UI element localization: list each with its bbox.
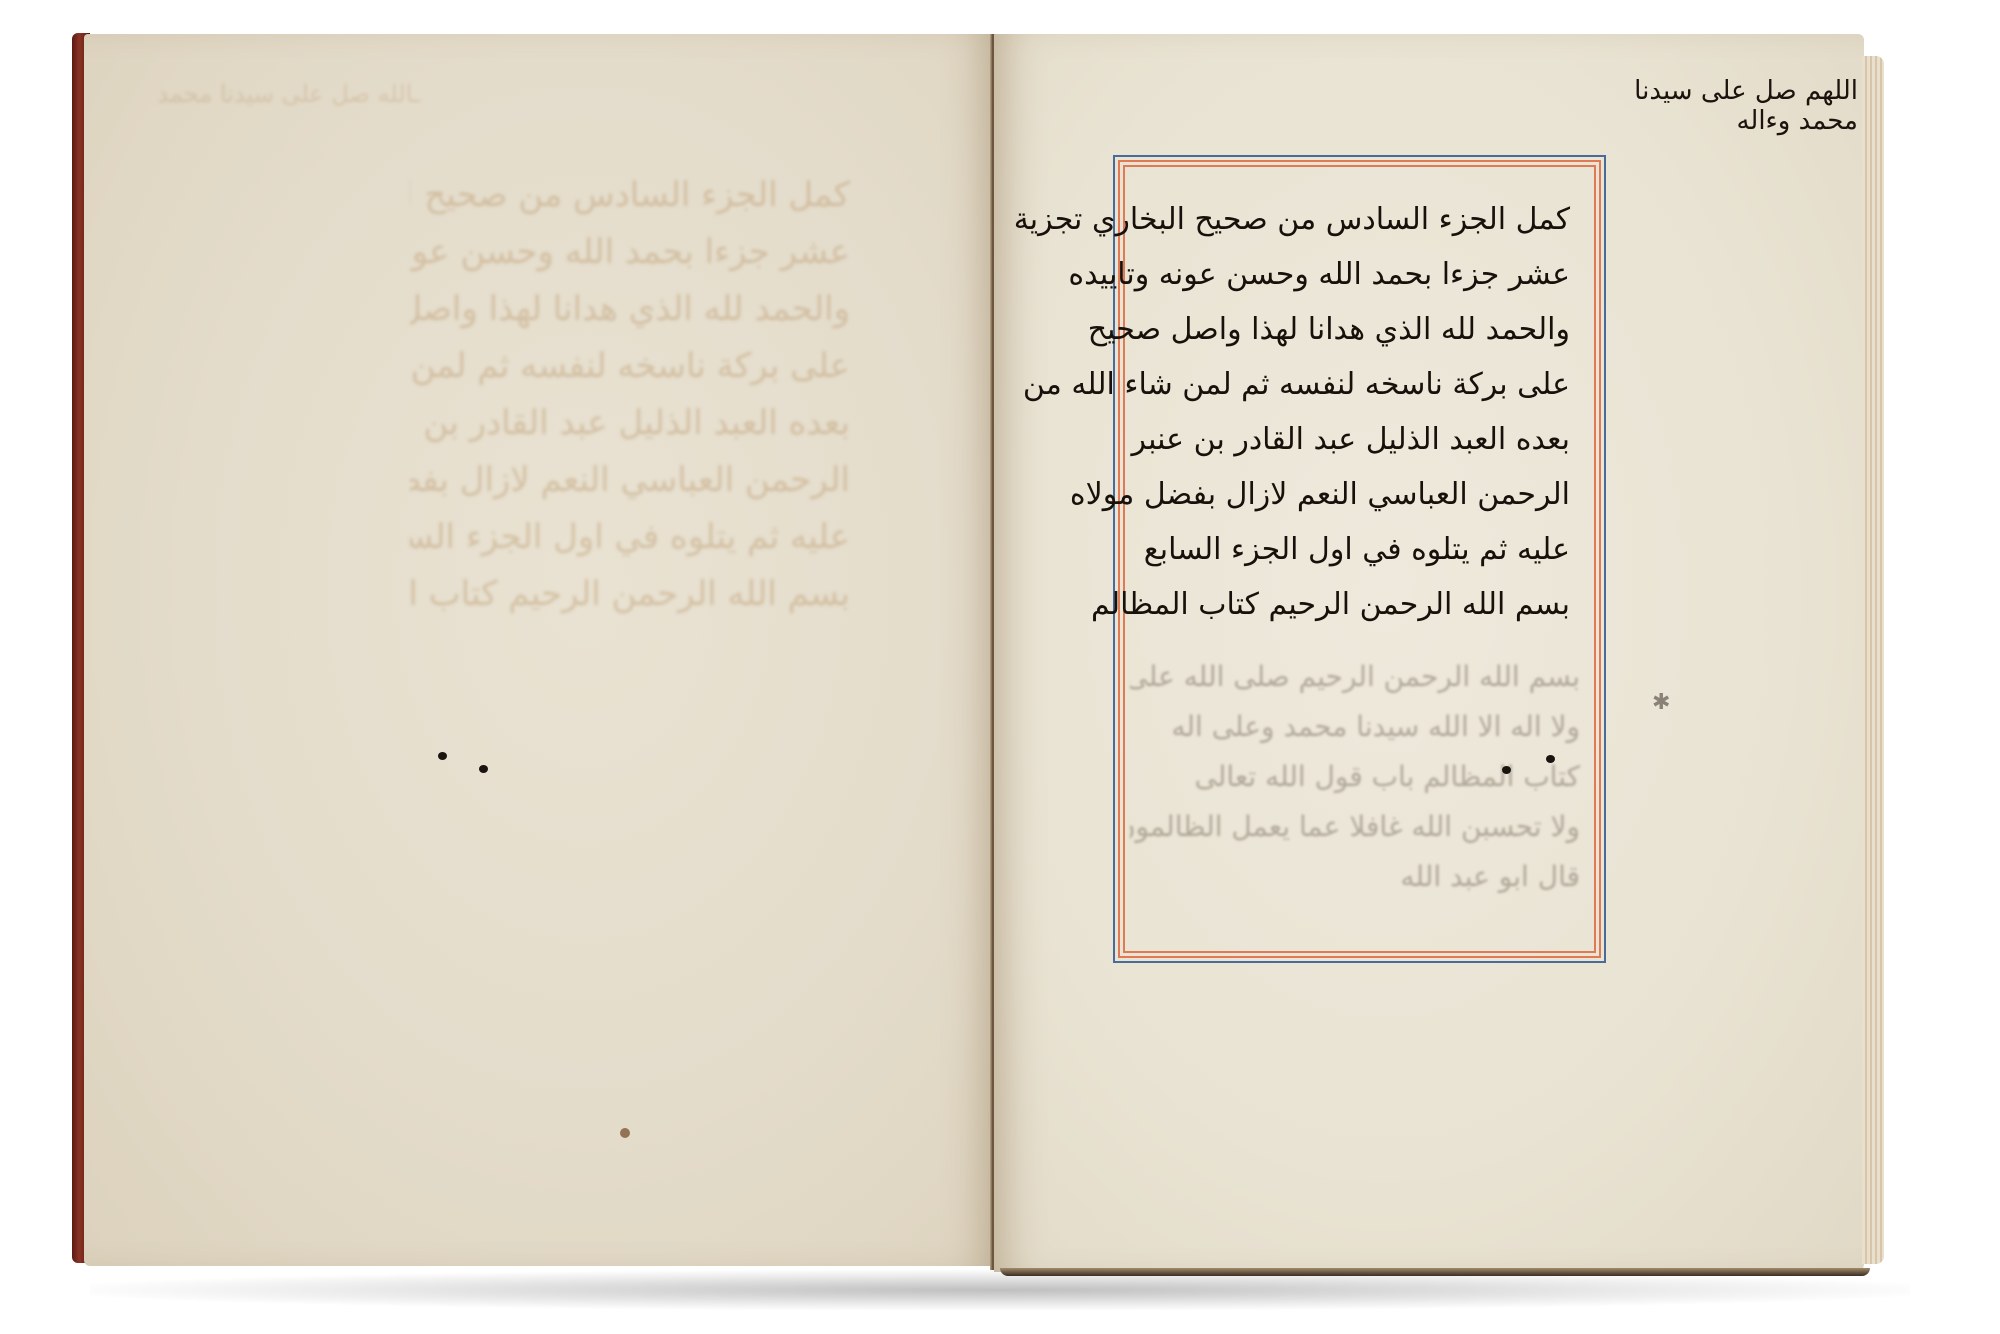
manuscript-photo: ـالله صل على سيدنا محمد كمل الجزء السادس… [0, 0, 2000, 1334]
colophon-line: الرحمن العباسي النعم لازال بفضل مولاه [1150, 467, 1570, 522]
colophon-line: والحمد لله الذي هدانا لهذا واصل صحيح [1150, 302, 1570, 357]
colophon-line: بسم الله الرحمن الرحيم كتاب المظالم [1150, 577, 1570, 632]
small-insect-mark: ✱ [1652, 690, 1670, 715]
colophon-line: عليه ثم يتلوه في اول الجزء السابع [1150, 522, 1570, 577]
bleed-line: عشر جزءا بحمد الله وحسن عونه وتاييده [410, 235, 850, 292]
colophon-line: على بركة ناسخه لنفسه ثم لمن شاء الله من [1150, 357, 1570, 412]
bleed-line: والحمد لله الذي هدانا لهذا واصل صحيح [410, 292, 850, 349]
left-page-bleed-header: ـالله صل على سيدنا محمد [140, 82, 420, 106]
page-block-edge [1862, 56, 1884, 1264]
colophon-text: كمل الجزء السادس من صحيح البخاري تجزية ع… [1150, 192, 1570, 632]
bleed-line: بسم الله الرحمن الرحيم كتاب المظالم [410, 577, 850, 634]
ink-dot [479, 765, 488, 773]
colophon-line: عشر جزءا بحمد الله وحسن عونه وتاييده [1150, 247, 1570, 302]
ink-dot [438, 752, 447, 760]
bleed-line: بعده العبد الذليل عبد القادر بن عنبر [410, 406, 850, 463]
ink-dot [1546, 755, 1555, 763]
ink-dot [1502, 766, 1511, 774]
bleed-line: الرحمن العباسي النعم لازال بفضل مولاه [410, 463, 850, 520]
page-bottom-edge [1000, 1268, 1870, 1276]
bleed-line: كمل الجزء السادس من صحيح البخاري تجزية [410, 178, 850, 235]
bleed-line: على بركة ناسخه لنفسه ثم لمن شاء الله من [410, 349, 850, 406]
colophon-line: كمل الجزء السادس من صحيح البخاري تجزية [1150, 192, 1570, 247]
bleed-line: عليه ثم يتلوه في اول الجزء السابع [410, 520, 850, 577]
paper-stain [620, 1128, 630, 1138]
colophon-line: بعده العبد الذليل عبد القادر بن عنبر [1150, 412, 1570, 467]
page-header-invocation: اللهم صل على سيدنا محمد وءاله [1570, 76, 1858, 136]
book-shadow [90, 1270, 1910, 1310]
left-page-bleed-text: كمل الجزء السادس من صحيح البخاري تجزية ع… [410, 178, 850, 634]
